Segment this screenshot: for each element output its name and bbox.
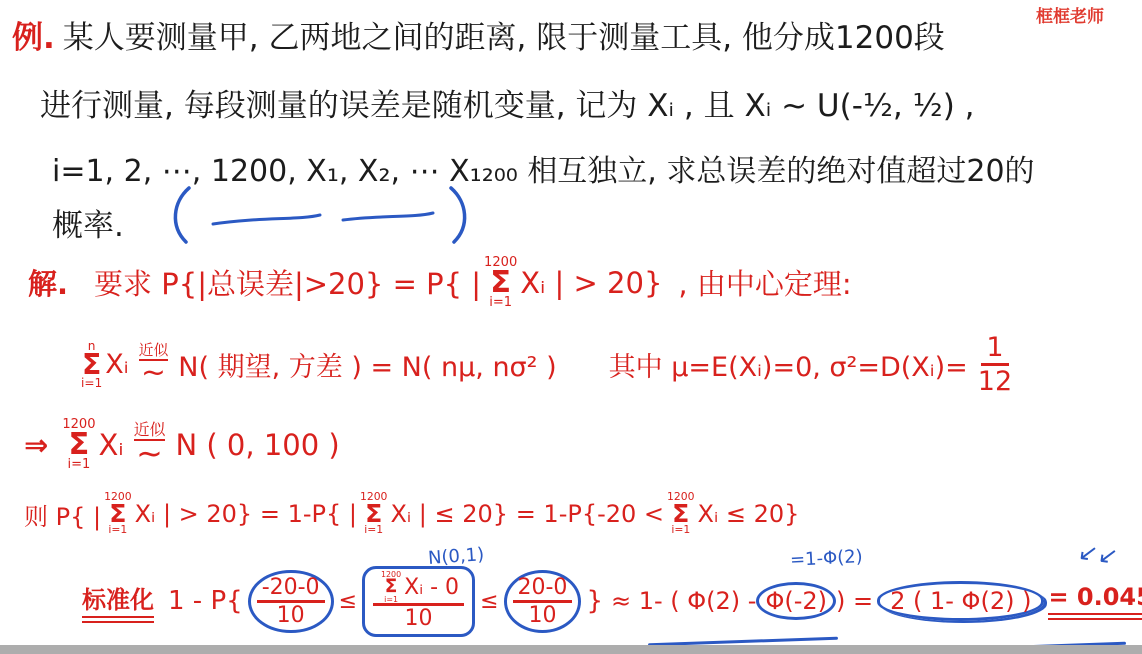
sum-1200-icon: 1200 Σ i=1	[484, 256, 517, 310]
approx-distributed-icon: 近似 ~	[139, 344, 169, 384]
problem-line-2: 进行测量, 每段测量的误差是随机变量, 记为 Xᵢ , 且 Xᵢ ~ U(-½,…	[40, 80, 975, 125]
example-label: 例.	[12, 12, 55, 57]
phi-neg2-circled: Φ(-2)	[756, 582, 836, 620]
le-icon: ≤	[339, 589, 357, 614]
sol4-b: Xᵢ | > 20} = 1-P{ |	[135, 500, 357, 528]
sol1-c: , 由中心定理:	[678, 262, 851, 303]
sol5-d: ) =	[836, 587, 873, 615]
sum-1200-icon: 1200 Σ i=1	[104, 492, 131, 536]
problem-text-2: 进行测量, 每段测量的误差是随机变量, 记为 Xᵢ , 且 Xᵢ ~ U(-½,…	[40, 80, 975, 125]
sol3-a: N ( 0, 100 )	[175, 428, 339, 462]
solution-line-4: 则 P{ | 1200 Σ i=1 Xᵢ | > 20} = 1-P{ | 12…	[24, 492, 799, 536]
problem-line-1: 例. 某人要测量甲, 乙两地之间的距离, 限于测量工具, 他分成1200段	[12, 12, 945, 57]
frac-neg20-circled: -20-0 10	[248, 570, 334, 634]
sol5-a: 1 - P{	[168, 586, 243, 616]
standardize-label: 标准化	[82, 580, 154, 623]
sol1-b: Xᵢ | > 20}	[520, 266, 662, 300]
sum-1200-icon: 1200 Σ i=1	[667, 492, 694, 536]
frac-pos20-circled: 20-0 10	[504, 570, 582, 634]
solve-label: 解.	[28, 262, 68, 303]
sum-1200-icon: 1200 Σ i=1	[381, 571, 401, 603]
sum-n-icon: n Σ i=1	[81, 340, 102, 390]
teacher-watermark: 框框老师	[1036, 2, 1104, 27]
sol5-b: }	[586, 586, 603, 616]
sol4-d: Xᵢ ≤ 20}	[698, 500, 800, 528]
implies-icon: ⇒	[24, 428, 48, 462]
solution-line-2: n Σ i=1 Xᵢ 近似 ~ N( 期望, 方差 ) = N( nμ, nσ²…	[78, 332, 1022, 397]
sol2-b: 其中 μ=E(Xᵢ)=0, σ²=D(Xᵢ)=	[609, 345, 968, 384]
le-icon: ≤	[480, 589, 498, 614]
sol2-x: Xᵢ	[105, 349, 128, 380]
approx-distributed-icon: 近似 ~	[134, 423, 166, 466]
frac-1-12: 1 12	[973, 332, 1017, 397]
frac-sum-boxed: 1200 Σ i=1 Xᵢ - 0 10	[362, 566, 475, 637]
problem-line-4: 概率.	[52, 200, 124, 245]
arrows-icon: ↙↙	[1076, 537, 1120, 570]
solution-line-5: 标准化 1 - P{ -20-0 10 ≤ 1200 Σ i=1 Xᵢ - 0 …	[82, 566, 1142, 637]
note-n01: N(0,1)	[427, 544, 484, 569]
bottom-bar	[0, 645, 1142, 654]
sum-1200-icon: 1200 Σ i=1	[62, 418, 95, 472]
final-answer: = 0.0456	[1048, 583, 1142, 620]
solution-line-1: 解. 要求 P{|总误差|>20} = P{ | 1200 Σ i=1 Xᵢ |…	[28, 256, 852, 310]
sol5-c: ≈ 1- ( Φ(2) -	[611, 587, 756, 615]
sol4-c: Xᵢ | ≤ 20} = 1-P{-20 <	[390, 500, 664, 528]
sol1-a: 要求 P{|总误差|>20} = P{ |	[94, 262, 481, 303]
note-one-minus-phi: =1-Φ(2)	[790, 546, 864, 571]
sum-1200-icon: 1200 Σ i=1	[360, 492, 387, 536]
sol4-a: 则 P{ |	[24, 497, 101, 532]
result-ellipse: 2 ( 1- Φ(2) )	[877, 581, 1044, 621]
problem-text-4: 概率.	[52, 200, 124, 245]
solution-line-3: ⇒ 1200 Σ i=1 Xᵢ 近似 ~ N ( 0, 100 )	[24, 418, 340, 472]
parens-sketch	[165, 184, 475, 246]
sol2-a: N( 期望, 方差 ) = N( nμ, nσ² )	[178, 345, 556, 384]
problem-text-1: 某人要测量甲, 乙两地之间的距离, 限于测量工具, 他分成1200段	[63, 12, 945, 57]
sol3-x: Xᵢ	[99, 428, 124, 462]
